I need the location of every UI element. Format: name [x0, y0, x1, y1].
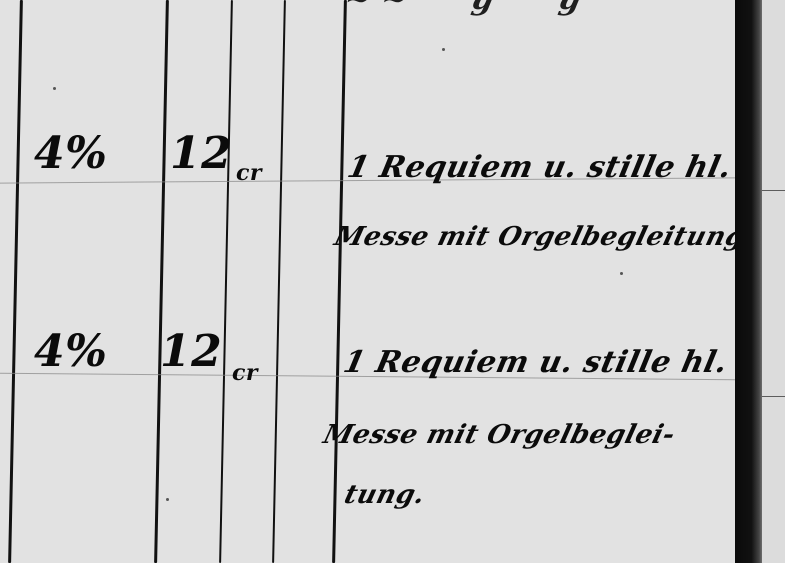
entry-description-line3: tung.: [341, 480, 428, 510]
entry-amount: 12: [160, 326, 222, 377]
book-binding-shadow: [735, 0, 765, 563]
entry-description-line1: 1 Requiem u. stille hl.: [340, 345, 731, 380]
column-rule-1: [8, 0, 23, 563]
column-rule-2: [154, 0, 169, 563]
entry-description-line1: 1 Requiem u. stille hl.: [344, 150, 735, 185]
entry-amount: 12: [170, 128, 232, 179]
paper-speck: [442, 48, 445, 51]
paper-speck: [620, 272, 623, 275]
entry-percent: 4%: [34, 326, 107, 377]
entry-description-line2: Messe mit Orgelbegleitung.: [331, 222, 757, 252]
paper-speck: [53, 87, 56, 90]
column-rule-4: [272, 0, 286, 563]
adjacent-page-rule: [762, 190, 785, 191]
column-rule-5: [332, 0, 347, 563]
entry-description-line2: Messe mit Orgelbeglei-: [320, 420, 678, 450]
ledger-page: ~ ~ g g 4% 12 cr 1 Requiem u. stille hl.…: [0, 0, 735, 563]
column-rule-3: [219, 0, 233, 563]
adjacent-page-edge: [762, 0, 785, 563]
paper-speck: [166, 498, 169, 501]
entry-percent: 4%: [34, 128, 107, 179]
entry-unit: cr: [236, 160, 262, 186]
top-fragment-text: ~ ~ g g: [341, 0, 585, 17]
entry-unit: cr: [232, 360, 258, 386]
adjacent-page-rule: [762, 396, 785, 397]
